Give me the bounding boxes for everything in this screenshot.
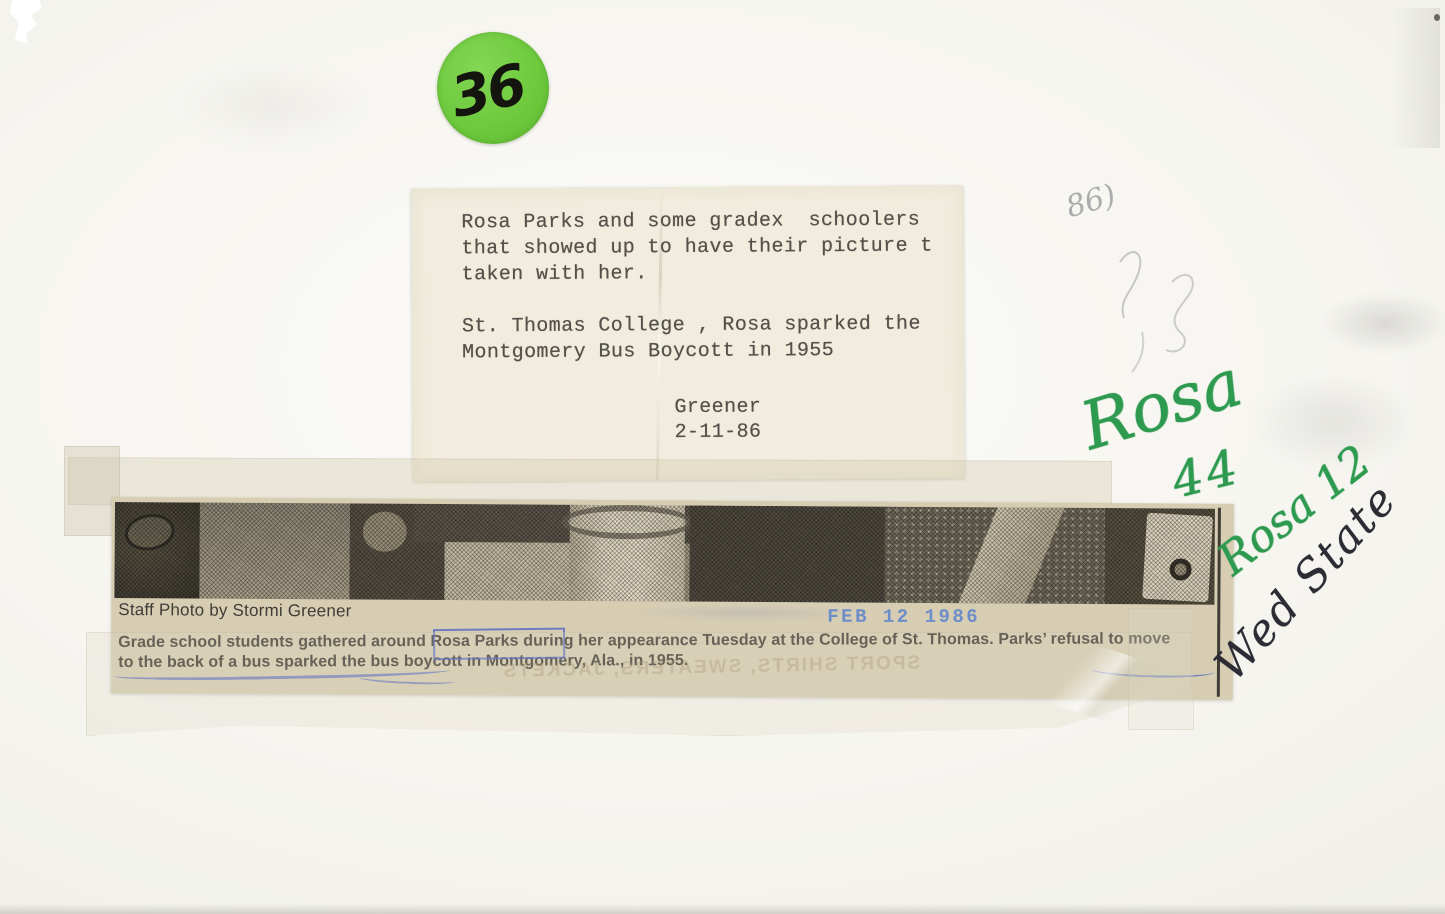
photo-patch-figure [349, 503, 445, 600]
cup-rim-shape [562, 505, 693, 540]
typed-line: Montgomery Bus Boycott in 1955 [462, 338, 933, 367]
photo-patch-arm [953, 502, 1067, 605]
sticker-number: 36 [446, 52, 530, 131]
photo-patch [199, 503, 350, 600]
typed-line: that showed up to have their picture t [461, 234, 932, 263]
smudge [170, 60, 370, 150]
typed-line [462, 286, 933, 315]
typed-text-block: Rosa Parks and some gradex schoolers tha… [461, 208, 933, 367]
photo-patch [415, 504, 815, 544]
green-number-sticker: 36 [437, 32, 549, 144]
typed-caption-card: Rosa Parks and some gradex schoolers tha… [411, 185, 965, 481]
date-stamp: FEB 12 1986 [827, 606, 980, 628]
smudge [1320, 292, 1445, 354]
tape-sheet-bottom [86, 632, 1192, 736]
photo-verso-scan: 36 Rosa Parks and some gradex schoolers … [0, 0, 1445, 914]
signoff-name: Greener [674, 395, 761, 421]
scan-bottom-edge [0, 904, 1445, 914]
cuff-button-shape [1170, 558, 1192, 580]
photo-patch-face [363, 512, 407, 552]
photo-patch [444, 504, 580, 601]
photo-patch-head [114, 502, 200, 599]
pencil-note: 86) [1062, 178, 1120, 225]
typed-signoff: Greener 2-11-86 [674, 395, 761, 446]
photo-byline: Staff Photo by Stormi Greener [118, 600, 351, 621]
typed-line: St. Thomas College , Rosa sparked the [462, 312, 933, 341]
typed-line: taken with her. [462, 260, 933, 289]
tape-piece-right [1128, 608, 1194, 730]
torn-paper-chip [6, 0, 42, 44]
glasses-shape [122, 510, 177, 554]
photo-patch-hair [884, 507, 1120, 604]
clipping-photo-strip [114, 502, 1215, 605]
photo-patch-cup [569, 505, 685, 602]
ink-speck [1434, 14, 1440, 21]
photo-patch-cuff [1142, 513, 1213, 603]
photo-patch-coat [689, 506, 890, 603]
edge-shading [1392, 8, 1440, 148]
photo-patch [1104, 508, 1215, 605]
typed-line: Rosa Parks and some gradex schoolers [461, 208, 932, 237]
green-marker-44: 44 [1166, 438, 1247, 509]
signoff-date: 2-11-86 [675, 420, 762, 446]
